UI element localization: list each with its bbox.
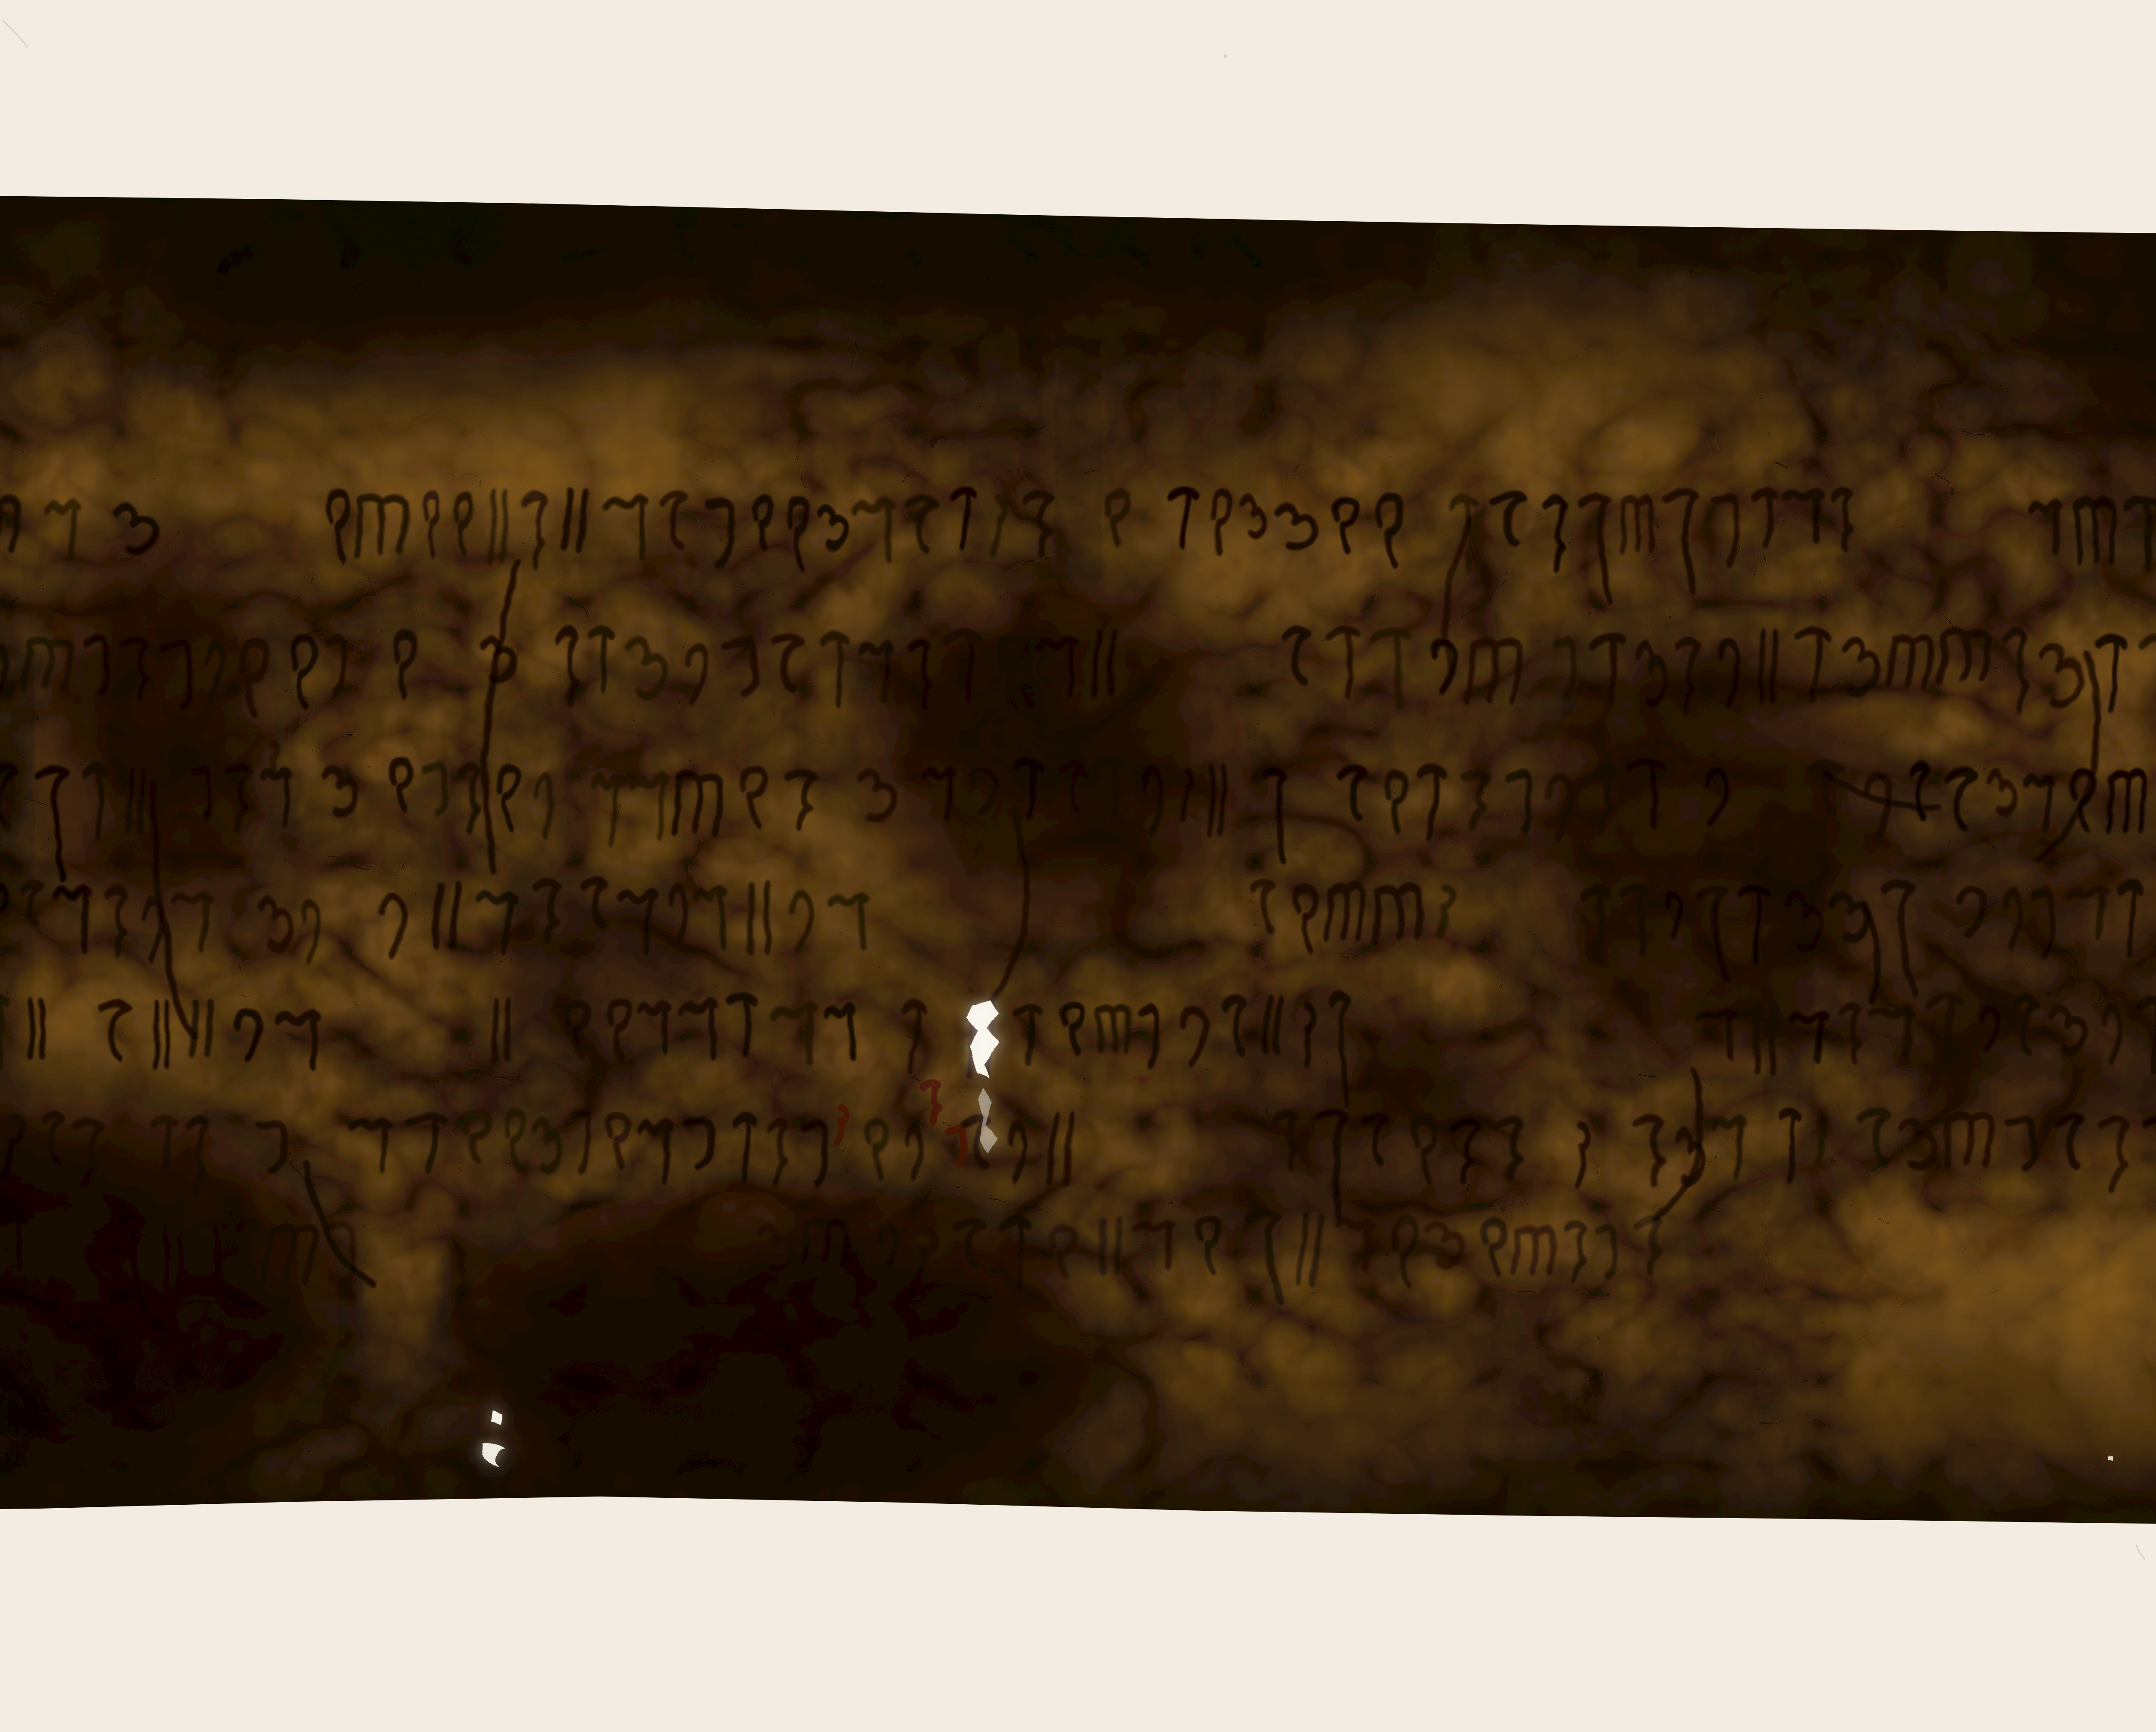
photo-canvas: [0, 0, 2156, 1732]
manuscript-photo: [0, 0, 2156, 1732]
manuscript-leaf: [0, 164, 2156, 1561]
background-speck: [1224, 54, 1227, 58]
photo-background: { "meta": { "description": "Backlit phot…: [0, 0, 2156, 1732]
overall-tone: [0, 164, 2156, 1561]
worm-hole: [2109, 1456, 2114, 1461]
